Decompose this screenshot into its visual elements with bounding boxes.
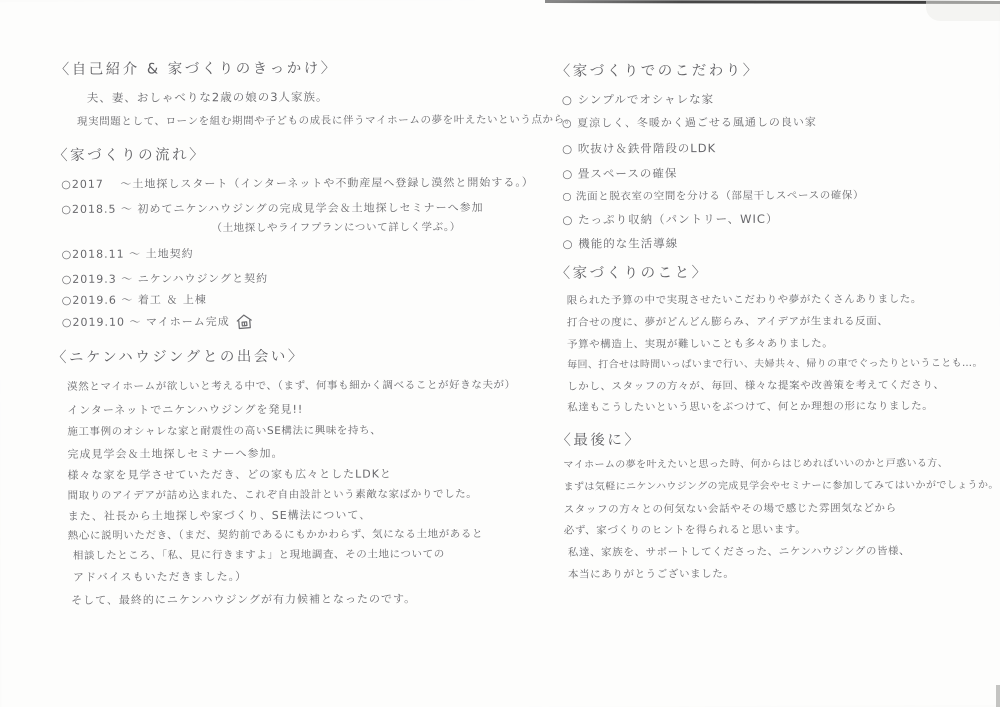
section-heading-kodawari: 〈家づくりでのこだわり〉 <box>556 62 760 81</box>
meeting-line: 様々な家を見学させていただき、どの家も広々としたLDKと <box>67 467 391 482</box>
final-line: スタッフの方々との何気ない会話やその場で感じた雰囲気などから <box>564 502 897 517</box>
koto-line: 毎回、打合せは時間いっぱいまで行い、夫婦共々、帰りの車でぐったりということも…。 <box>567 358 983 372</box>
scanned-paper: 〈自己紹介 & 家づくりのきっかけ〉 夫、妻、おしゃべりな2歳の娘の3人家族。 … <box>0 0 1000 707</box>
kodawari-item: ○ シンプルでオシャレな家 <box>562 92 714 107</box>
meeting-line: そして、最終的にニケンハウジングが有力候補となったのです。 <box>71 592 416 607</box>
section-heading-meeting: 〈ニケンハウジングとの出会い〉 <box>52 348 305 367</box>
section-heading-koto: 〈家づくりのこと〉 <box>556 264 709 283</box>
koto-line: 予算や構造上、実現が難しいことも多々ありました。 <box>567 338 833 352</box>
meeting-line: インターネットでニケンハウジングを発見!! <box>67 403 303 418</box>
koto-line: 私達もこうしたいという思いをぶつけて、何とか理想の形になりました。 <box>567 400 933 415</box>
meeting-line: また、社長から土地探しや家づくり、SE構法について、 <box>68 509 372 524</box>
kodawari-item: ○ 吹抜け＆鉄骨階段のLDK <box>562 141 716 156</box>
timeline-entry-note: （土地探しやライフプランについて詳しく学ぶ。） <box>211 221 460 235</box>
timeline-entry: ○2019.3 〜 ニケンハウジングと契約 <box>62 272 269 287</box>
meeting-line: 間取りのアイデアが詰め込まれた、これぞ自由設計という素敵な家ばかりでした。 <box>68 488 478 503</box>
scan-artifact-top-right-smudge <box>926 1 1000 21</box>
final-line: 私達、家族を、サポートしてくださった、ニケンハウジングの皆様、 <box>568 545 910 560</box>
kodawari-item: ○ 夏涼しく、冬暖かく過ごせる風通しの良い家 <box>562 116 817 131</box>
timeline-entry-complete: ○2019.10 〜 マイホーム完成 <box>62 313 254 331</box>
final-line: まずは気軽にニケンハウジングの完成見学会やセミナーに参加してみてはいかがでしょう… <box>564 480 999 494</box>
koto-line: 打合せの度に、夢がどんどん膨らみ、アイデアが生まれる反面、 <box>567 315 889 330</box>
section-heading-flow: 〈家づくりの流れ〉 <box>53 146 206 165</box>
scan-artifact-bottom-right-edge <box>996 685 1000 707</box>
meeting-line: 漠然とマイホームが欲しいと考える中で、（まず、何事も細かく調べることが好きな夫が… <box>67 379 516 394</box>
meeting-line: 熱心に説明いただき、（まだ、契約前であるにもかかわらず、気になる土地があると <box>68 528 483 543</box>
timeline-entry: ○2018.5 〜 初めてニケンハウジングの完成見学会＆土地探しセミナーへ参加 <box>61 201 483 217</box>
kodawari-item: ○ 機能的な生活導線 <box>562 236 678 251</box>
timeline-entry-text: ○2019.10 〜 マイホーム完成 <box>62 315 230 329</box>
final-line: 必ず、家づくりのヒントを得られると思います。 <box>564 524 807 538</box>
koto-line: 限られた予算の中で実現させたいこだわりや夢がたくさんありました。 <box>567 293 922 308</box>
timeline-entry: ○2018.11 〜 土地契約 <box>62 247 194 261</box>
final-line: マイホームの夢を叶えたいと思った時、何からはじめればいいのかと戸惑いる方、 <box>563 458 948 472</box>
meeting-line: 施工事例のオシャレな家と耐震性の高いSE構法に興味を持ち、 <box>67 425 381 439</box>
kodawari-item: ○ 畳スペースの確保 <box>562 166 677 181</box>
meeting-line: 相談したところ、「私、見に行きますよ」と現地調査、その土地についての <box>73 548 445 563</box>
section-heading-intro: 〈自己紹介 & 家づくりのきっかけ〉 <box>55 60 338 79</box>
timeline-entry: ○2019.6 〜 着工 ＆ 上棟 <box>62 293 207 307</box>
koto-line: しかし、スタッフの方々が、毎回、様々な提案や改善策を考えてくださり、 <box>567 379 944 394</box>
kodawari-item: ○ 洗面と脱衣室の空間を分ける（部屋干しスペースの確保） <box>562 189 864 203</box>
house-icon <box>235 313 254 330</box>
meeting-line: アドバイスもいただきました。） <box>73 570 247 585</box>
section-heading-final: 〈最後に〉 <box>556 431 641 449</box>
intro-line: 夫、妻、おしゃべりな2歳の娘の3人家族。 <box>87 90 329 105</box>
intro-line: 現実問題として、ローンを組む期間や子どもの成長に伴うマイホームの夢を叶えたいとい… <box>77 114 576 129</box>
timeline-entry: ○2017 〜土地探しスタート（インターネットや不動産屋へ登録し漠然と開始する。… <box>61 176 534 192</box>
meeting-line: 完成見学会＆土地探しセミナーへ参加。 <box>67 447 283 462</box>
kodawari-item: ○ たっぷり収納（パントリー、WIC） <box>562 212 778 227</box>
final-line: 本当にありがとうございました。 <box>568 568 735 582</box>
